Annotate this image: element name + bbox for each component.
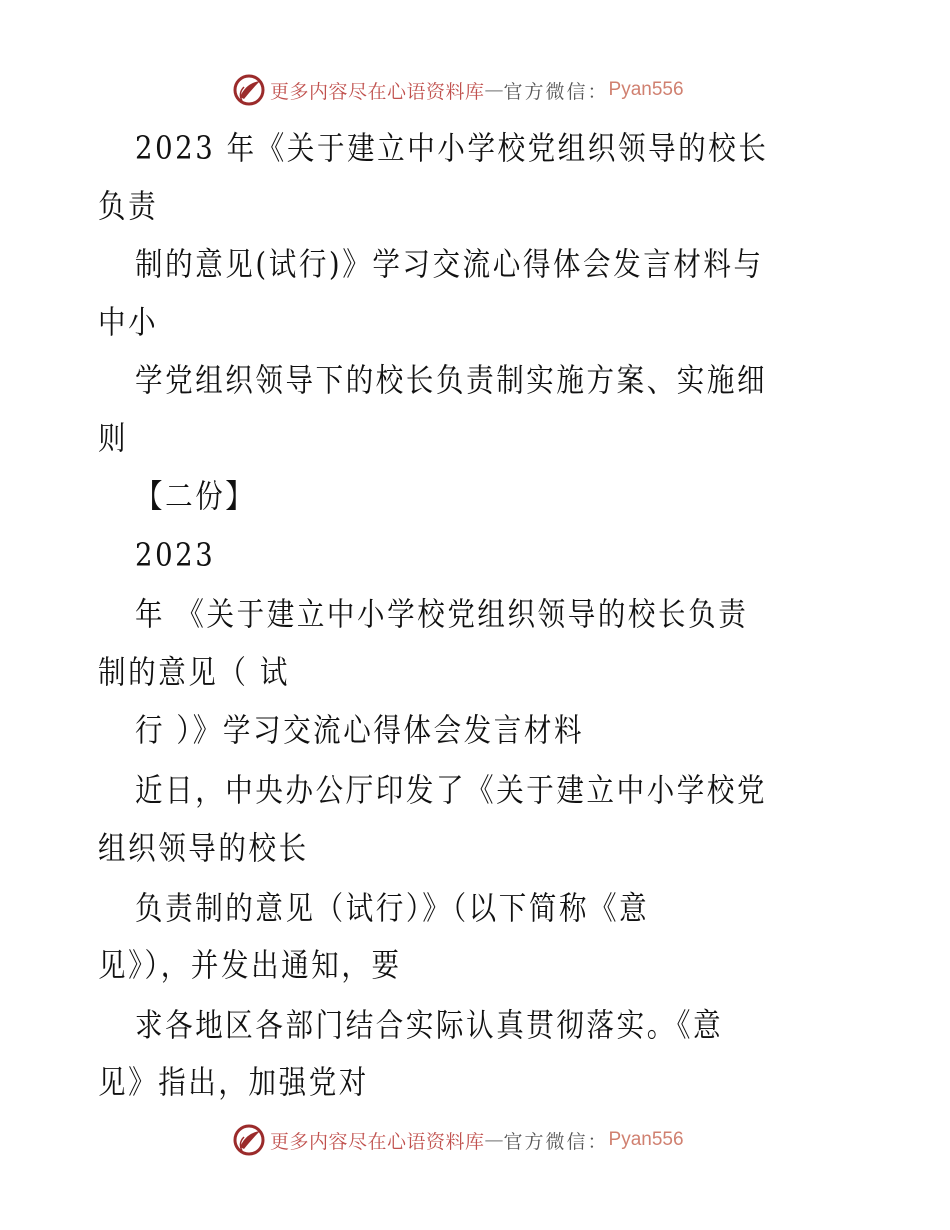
doc-line: 负责: [98, 186, 158, 226]
doc-line: 制的意见(试行)》学习交流心得体会发言材料与: [135, 244, 764, 284]
doc-line: 则: [98, 418, 128, 458]
doc-line: 近日，中央办公厅印发了《关于建立中小学校党: [135, 770, 767, 810]
watermark-separator: —: [485, 1129, 504, 1151]
watermark-separator: —: [485, 79, 504, 101]
watermark-banner-top: 更多内容尽在心语资料库 — 官方微信： Pyan556: [232, 72, 712, 108]
doc-line: 年 《关于建立中小学校党组织领导的校长负责: [135, 594, 748, 634]
watermark-brand-text: 更多内容尽在心语资料库: [270, 1127, 485, 1154]
doc-line: 组织领导的校长: [98, 828, 309, 868]
doc-line: 见》指出，加强党对: [98, 1062, 369, 1102]
doc-line: 行 ）》学习交流心得体会发言材料: [135, 710, 584, 750]
doc-line: 学党组织领导下的校长负责制实施方案、实施细: [135, 360, 767, 400]
doc-line: 中小: [98, 302, 158, 342]
doc-line: 【二份】: [135, 476, 255, 516]
doc-line: 见》），并发出通知，要: [98, 945, 402, 985]
quill-pen-logo-icon: [232, 73, 266, 107]
watermark-wechat-id: Pyan556: [609, 79, 684, 101]
doc-line: 负责制的意见（试行）》（以下简称《意: [135, 888, 649, 928]
watermark-banner-bottom: 更多内容尽在心语资料库 — 官方微信： Pyan556: [232, 1122, 712, 1158]
doc-line: 2023 年《关于建立中小学校党组织领导的校长: [135, 128, 768, 168]
watermark-brand-text: 更多内容尽在心语资料库: [270, 77, 485, 104]
watermark-wechat-label: 官方微信：: [504, 1127, 609, 1154]
doc-line: 2023: [135, 535, 215, 575]
watermark-wechat-id: Pyan556: [609, 1129, 684, 1151]
watermark-wechat-label: 官方微信：: [504, 77, 609, 104]
quill-pen-logo-icon: [232, 1123, 266, 1157]
doc-line: 求各地区各部门结合实际认真贯彻落实。《意: [135, 1005, 723, 1045]
doc-line: 制的意见（ 试: [98, 652, 290, 692]
